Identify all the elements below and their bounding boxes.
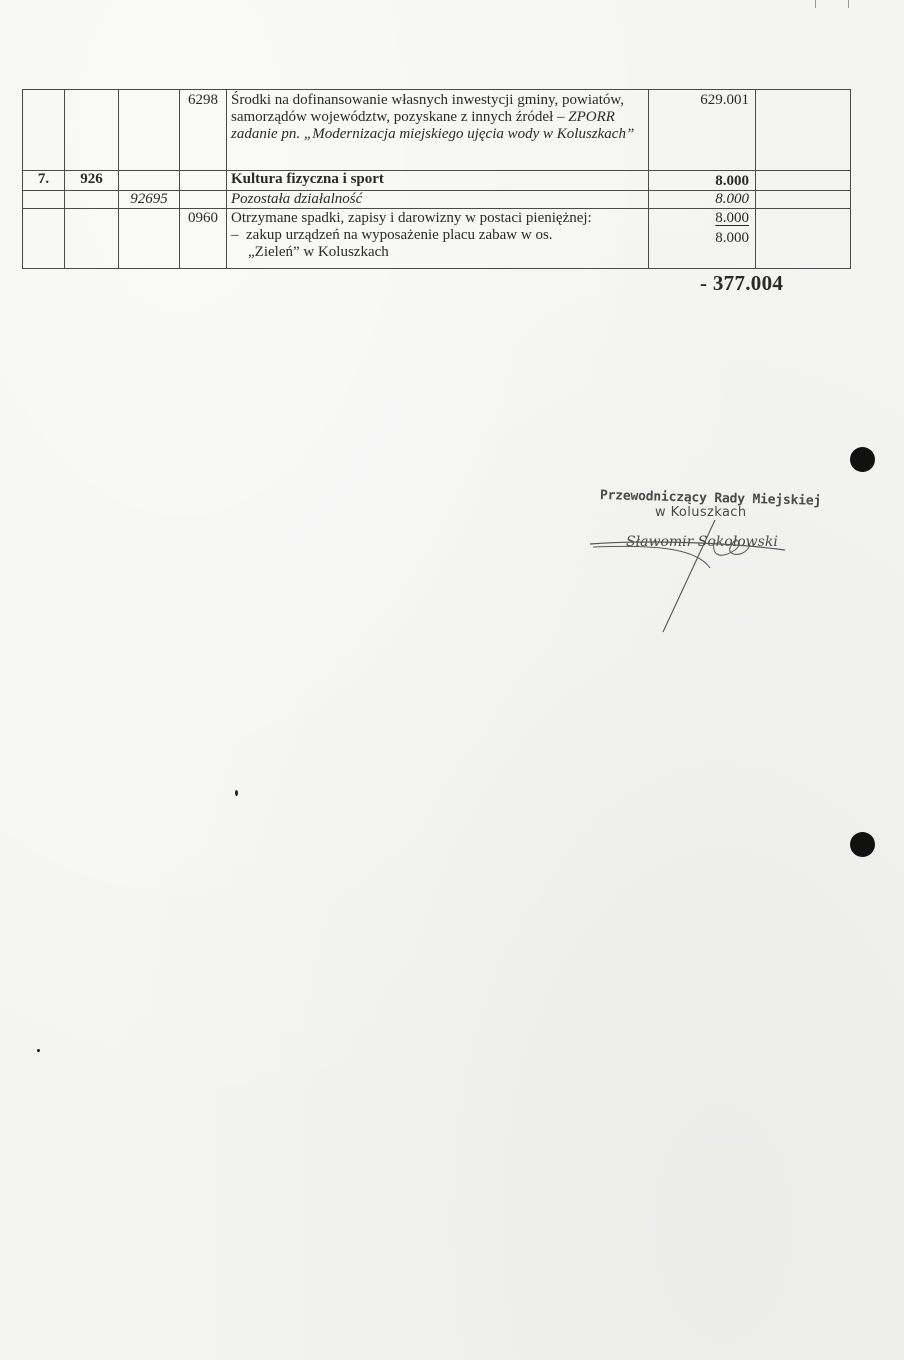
table-row: 92695 Pozostała działalność 8.000 bbox=[23, 191, 851, 209]
amount-value: 8.000 bbox=[653, 210, 749, 227]
lp-cell bbox=[23, 191, 65, 209]
grand-total: - 377.004 bbox=[700, 271, 783, 296]
table-row: 7. 926 Kultura fizyczna i sport 8.000 bbox=[23, 171, 851, 191]
ink-speck bbox=[37, 1049, 40, 1052]
description-cell: Otrzymane spadki, zapisy i darowizny w p… bbox=[227, 209, 649, 269]
sub-item-continuation: „Zieleń” w Koluszkach bbox=[231, 244, 644, 261]
paragraf-cell: 6298 bbox=[180, 90, 227, 171]
amount-cell: 629.001 bbox=[649, 90, 756, 171]
description-cell: Środki na dofinansowanie własnych inwest… bbox=[227, 90, 649, 171]
ink-speck bbox=[235, 790, 238, 796]
rozdzial-cell bbox=[119, 171, 180, 191]
description-cell: Kultura fizyczna i sport bbox=[227, 171, 649, 191]
dzial-cell bbox=[65, 209, 119, 269]
paragraf-cell bbox=[180, 171, 227, 191]
lp-cell bbox=[23, 90, 65, 171]
extra-cell bbox=[756, 171, 851, 191]
scan-mark bbox=[815, 0, 816, 8]
table-row: 6298 Środki na dofinansowanie własnych i… bbox=[23, 90, 851, 171]
extra-cell bbox=[756, 90, 851, 171]
paragraf-cell: 0960 bbox=[180, 209, 227, 269]
handwritten-signature bbox=[585, 520, 815, 635]
dash-bullet-icon: – bbox=[231, 227, 239, 243]
lp-cell bbox=[23, 209, 65, 269]
description-text: Środki na dofinansowanie własnych inwest… bbox=[231, 92, 624, 125]
dzial-cell bbox=[65, 191, 119, 209]
description-text: Otrzymane spadki, zapisy i darowizny w p… bbox=[231, 210, 644, 227]
paragraf-cell bbox=[180, 191, 227, 209]
extra-cell bbox=[756, 191, 851, 209]
sub-item-text: zakup urządzeń na wyposażenie placu zaba… bbox=[246, 227, 553, 243]
stamp-title: Przewodniczący Rady Miejskiej bbox=[600, 488, 840, 509]
extra-cell bbox=[756, 209, 851, 269]
budget-table: 6298 Środki na dofinansowanie własnych i… bbox=[22, 89, 851, 269]
table-row: 0960 Otrzymane spadki, zapisy i darowizn… bbox=[23, 209, 851, 269]
rozdzial-cell bbox=[119, 209, 180, 269]
sub-amount-value: 8.000 bbox=[653, 230, 749, 247]
scan-mark bbox=[848, 0, 849, 8]
dzial-cell: 926 bbox=[65, 171, 119, 191]
amount-cell: 8.000 bbox=[649, 191, 756, 209]
punch-hole bbox=[850, 832, 875, 857]
dzial-cell bbox=[65, 90, 119, 171]
description-cell: Pozostała działalność bbox=[227, 191, 649, 209]
rozdzial-cell: 92695 bbox=[119, 191, 180, 209]
punch-hole bbox=[850, 447, 875, 472]
amount-cell: 8.000 8.000 bbox=[649, 209, 756, 269]
lp-cell: 7. bbox=[23, 171, 65, 191]
amount-cell: 8.000 bbox=[649, 171, 756, 191]
sub-item: – zakup urządzeń na wyposażenie placu za… bbox=[231, 227, 644, 244]
rozdzial-cell bbox=[119, 90, 180, 171]
